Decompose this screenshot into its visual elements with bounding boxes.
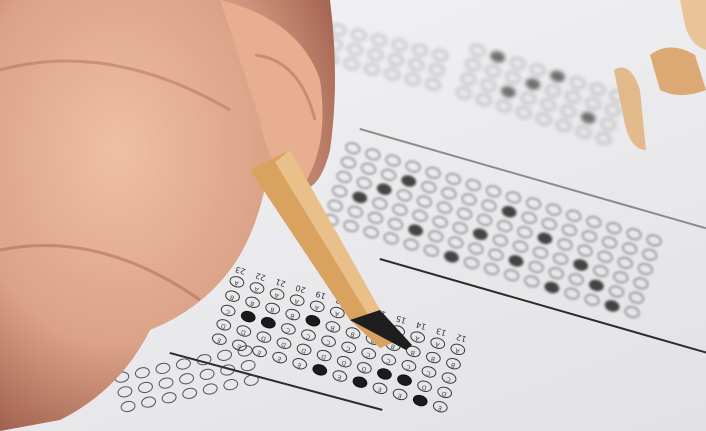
bubble[interactable]: E	[371, 381, 389, 396]
bubble-filled[interactable]	[411, 393, 429, 408]
bubble[interactable]: E	[391, 387, 409, 402]
pencil-image	[230, 150, 430, 360]
pencil-shavings-image	[600, 0, 706, 160]
bubble[interactable]: E	[432, 399, 450, 414]
answer-sheet-photo: 23 22 21 20 19 18 17 16 15 14 13 12 A A …	[0, 0, 706, 431]
